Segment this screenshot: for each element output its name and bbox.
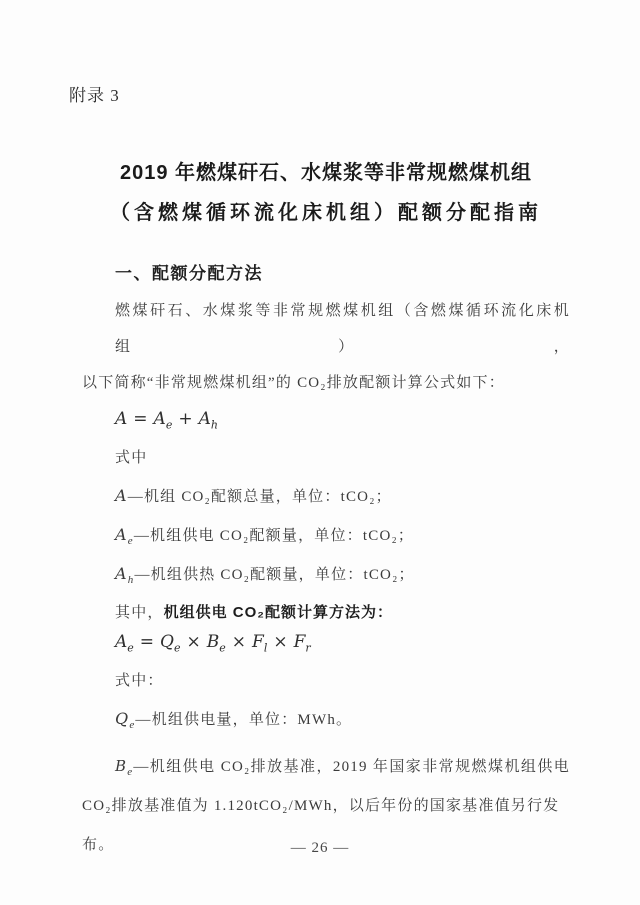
benchmark-line-1: Be—机组供电 CO₂排放基准，2019 年国家非常规燃煤机组供电 xyxy=(82,747,570,787)
formula-var-Fl: F xyxy=(252,632,264,652)
page-footer: — 26 — xyxy=(0,840,640,857)
definition-var: A xyxy=(115,525,128,544)
definition-var: Q xyxy=(115,709,129,728)
subscript-h: h xyxy=(211,418,218,431)
appendix-label: 附录 3 xyxy=(69,85,570,107)
formula-var-Qe: Q xyxy=(160,632,174,652)
title-line-1: 2019 年燃煤矸石、水煤浆等非常规燃煤机组 xyxy=(82,153,570,193)
plus-sign: + xyxy=(178,407,192,431)
definition-text: —机组 CO₂配额总量，单位：tCO₂； xyxy=(128,489,392,505)
formula-var-A: A xyxy=(115,409,127,429)
formula-var-Fr: F xyxy=(294,632,306,652)
intro-paragraph: 燃煤矸石、水煤浆等非常规燃煤机组（含燃煤循环流化床机组），以下简称“非常规燃煤机… xyxy=(82,293,570,401)
subscript-r: r xyxy=(305,641,310,654)
formula-var-Ae: A xyxy=(154,409,166,429)
formula-var-Ae: A xyxy=(115,632,127,652)
definition-var: A xyxy=(115,486,128,505)
method-intro-prefix: 其中， xyxy=(115,605,164,621)
method-intro-bold: 机组供电 CO₂配额计算方法为： xyxy=(164,604,393,621)
definition-var: B xyxy=(115,757,127,775)
definition-text: —机组供电量，单位：MWh。 xyxy=(135,712,352,728)
definition-line-Ae: Ae—机组供电 CO₂配额量，单位：tCO₂； xyxy=(82,524,570,547)
intro-paragraph-line-1: 燃煤矸石、水煤浆等非常规燃煤机组（含燃煤循环流化床机组）， xyxy=(82,293,570,365)
where-label-2: 式中： xyxy=(82,670,570,692)
definition-text: —机组供热 CO₂配额量，单位：tCO₂； xyxy=(134,567,414,583)
document-page: 附录 3 2019 年燃煤矸石、水煤浆等非常规燃煤机组（含燃煤循环流化床机组）配… xyxy=(0,0,640,905)
subscript-e: e xyxy=(166,418,173,431)
page-number: — 26 — xyxy=(291,840,350,856)
formula-var-Ah: A xyxy=(199,409,211,429)
formula-var-Be: B xyxy=(207,632,220,652)
definition-text: —机组供电 CO₂配额量，单位：tCO₂； xyxy=(134,528,414,544)
where-label: 式中 xyxy=(82,447,570,469)
definition-line-Ah: Ah—机组供热 CO₂配额量，单位：tCO₂； xyxy=(82,563,570,586)
times-sign: × xyxy=(273,630,287,654)
times-sign: × xyxy=(187,630,201,654)
method-intro-line: 其中，机组供电 CO₂配额计算方法为： xyxy=(82,602,570,624)
definition-var: A xyxy=(115,564,128,583)
formula-total-quota: A=Ae+Ah xyxy=(82,407,570,431)
definition-line-Qe: Qe—机组供电量，单位：MWh。 xyxy=(82,708,570,731)
equals-sign: = xyxy=(140,630,154,654)
section-heading: 一、配额分配方法 xyxy=(82,263,570,285)
times-sign: × xyxy=(232,630,246,654)
definition-line-A: A—机组 CO₂配额总量，单位：tCO₂； xyxy=(82,485,570,508)
formula-electricity-quota: Ae=Qe×Be×Fl×Fr xyxy=(82,630,570,654)
equals-sign: = xyxy=(133,407,147,431)
document-title: 2019 年燃煤矸石、水煤浆等非常规燃煤机组（含燃煤循环流化床机组）配额分配指南 xyxy=(82,153,570,233)
subscript-e: e xyxy=(219,641,226,654)
benchmark-line-1-text: —机组供电 CO₂排放基准，2019 年国家非常规燃煤机组供电 xyxy=(133,759,570,775)
subscript-l: l xyxy=(264,641,268,654)
title-line-2: （含燃煤循环流化床机组）配额分配指南 xyxy=(82,193,570,233)
subscript-e: e xyxy=(174,641,181,654)
subscript-e: e xyxy=(127,641,134,654)
intro-paragraph-line-2: 以下简称“非常规燃煤机组”的 CO₂排放配额计算公式如下： xyxy=(82,365,570,401)
